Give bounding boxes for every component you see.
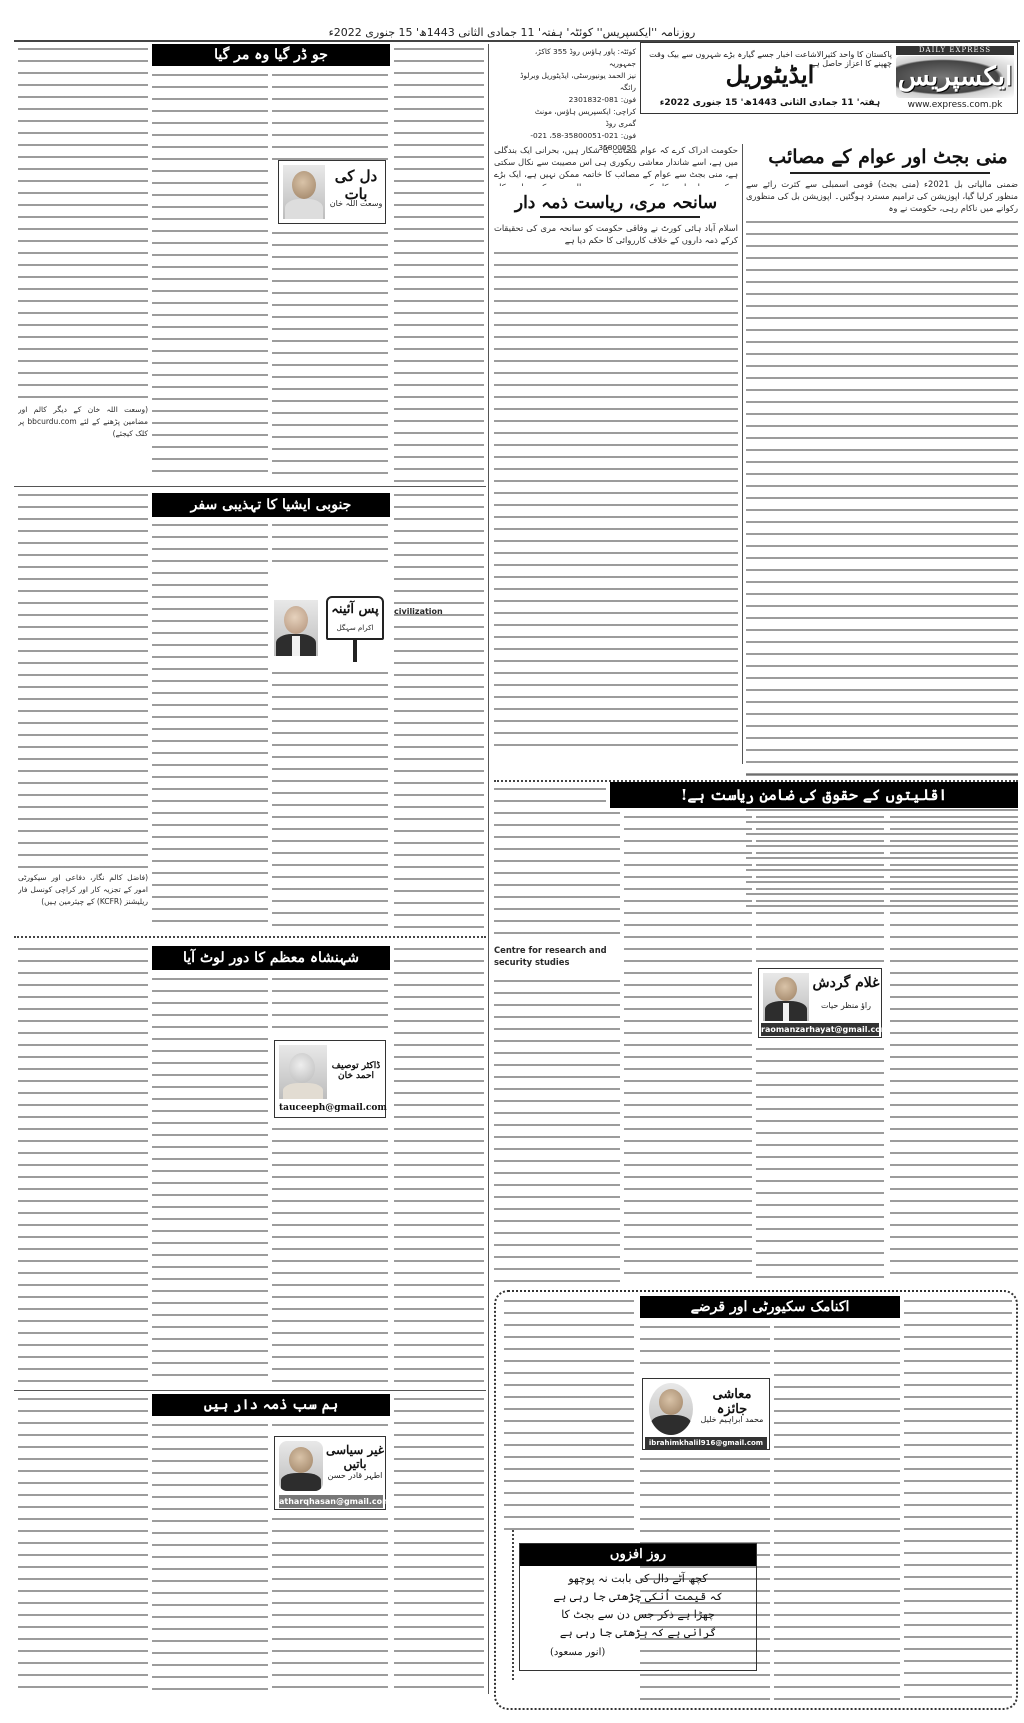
- poetry-box: روز افزوں کچھ آٹے دال کی بابت نہ پوچھو ک…: [519, 1543, 757, 1671]
- section-divider: [14, 486, 486, 487]
- article-5-col-2: [774, 1322, 900, 1702]
- editorial-2-text-lines: [494, 248, 738, 748]
- editorial-1-underline: [790, 172, 990, 174]
- express-logo: DAILY EXPRESS ایکسپریس www.express.com.p…: [896, 46, 1014, 110]
- columnist-photo: [649, 1383, 693, 1435]
- author-email[interactable]: atharqhasan@gmail.com: [279, 1495, 383, 1508]
- article-1-col-2-top: [272, 70, 388, 160]
- columnist-box-dil-ki-baat: دل کی بات وسعت اللہ خان: [278, 160, 386, 224]
- columnist-photo: [283, 165, 325, 219]
- keyword-crss: Centre for research and security studies: [494, 944, 620, 974]
- photo-shirt: [783, 1003, 789, 1021]
- article-3-col-left-top: [494, 784, 606, 804]
- photo-head: [289, 1447, 313, 1473]
- article-6-col-3: [152, 1420, 268, 1694]
- article-1-footer: (وسعت اللہ خان کے دیگر کالم اور مضامین پ…: [18, 404, 148, 440]
- article-5-col-left: [504, 1296, 634, 1536]
- editorial-2-headline: سانحہ مری، ریاست ذمہ دار: [494, 192, 738, 213]
- keyword-civilization: civilization: [394, 606, 484, 620]
- column-name: معاشی جائزہ: [697, 1387, 767, 1417]
- section-title: ایڈیٹوریل: [648, 60, 892, 89]
- columnist-photo: [279, 1045, 327, 1099]
- column-name: دل کی بات: [329, 167, 383, 203]
- poetry-line: کچھ آٹے دال کی بابت نہ پوچھو: [540, 1572, 736, 1585]
- article-1-headline: جو ڈر گیا وہ مر گیا: [152, 44, 390, 66]
- article-4-col-2-top: [272, 974, 388, 1034]
- poetry-title: روز افزوں: [520, 1544, 756, 1566]
- editorial-2-body: اسلام آباد ہائی کورٹ نے وفاقی حکومت کو س…: [494, 222, 738, 762]
- article-4-col-2-bottom: [272, 1124, 388, 1384]
- article-2-headline: جنوبی ایشیا کا تہذیبی سفر: [152, 493, 390, 517]
- photo-head: [284, 606, 308, 634]
- column-name: غیر سیاسی باتیں: [325, 1443, 385, 1471]
- section-divider-dotted: [14, 936, 486, 938]
- contact-line: کراچی: ایکسپریس ہاؤس، مونٹ گمری روڈ: [520, 106, 636, 130]
- folio-line: روزنامہ ''ایکسپریس'' کوئٹہ' ہفتہ' 11 جما…: [0, 26, 1024, 39]
- article-1-col-3: [152, 70, 268, 480]
- article-3-col-left: [494, 808, 620, 938]
- sign-board: پس آئینہ اکرام سہگل: [326, 596, 384, 640]
- photo-head: [289, 1053, 315, 1083]
- columnist-photo: [763, 973, 809, 1021]
- author-email[interactable]: raomanzarhayat@gmail.com: [761, 1023, 879, 1036]
- article-4-col-left: [18, 944, 148, 1384]
- columnist-photo: [279, 1441, 323, 1491]
- editorial-2-lead: اسلام آباد ہائی کورٹ نے وفاقی حکومت کو س…: [494, 222, 738, 246]
- column-name: پس آئینہ: [328, 602, 382, 617]
- logo-tag: DAILY EXPRESS: [896, 46, 1014, 55]
- editorial-1-headline: منی بجٹ اور عوام کے مصائب: [760, 146, 1016, 168]
- article-3-col-left-bottom: [494, 976, 620, 1282]
- section-divider: [14, 1390, 486, 1391]
- editorial-2-underline: [540, 216, 700, 218]
- article-6-col-2-top: [272, 1420, 388, 1434]
- page-center-divider: [488, 44, 489, 1694]
- column-author: وسعت اللہ خان: [329, 199, 383, 208]
- columnist-box-pas-e-aaina: پس آئینہ اکرام سہگل: [274, 596, 386, 664]
- editorial-intro: حکومت ادراک کرے کہ عوام مصائب کا شکار ہی…: [494, 144, 738, 186]
- website-url: www.express.com.pk: [896, 100, 1014, 110]
- box-divider: [512, 1530, 514, 1680]
- sign-post: [353, 640, 357, 662]
- article-2-col-2-top: [272, 520, 388, 570]
- photo-body: [285, 199, 323, 219]
- column-author: محمد ابراہیم خلیل: [697, 1415, 767, 1424]
- article-2-col-right: [394, 490, 484, 930]
- article-5-col-3-top: [640, 1322, 770, 1374]
- article-2-col-3: [152, 520, 268, 930]
- columnist-photo: [274, 600, 318, 656]
- article-3-headline: اقلیتوں کے حقوق کی ضامن ریاست ہے!: [610, 782, 1018, 808]
- photo-head: [659, 1389, 683, 1415]
- author-email[interactable]: ibrahimkhalil916@gmail.com: [645, 1437, 767, 1449]
- photo-suit: [651, 1415, 691, 1435]
- article-4-headline: شہنشاہ معظم کا دور لوٹ آیا: [152, 946, 390, 970]
- article-6-headline: ہم سب ذمہ دار ہیں: [152, 1394, 390, 1416]
- author-email[interactable]: tauceeph@gmail.com: [279, 1101, 381, 1115]
- article-3-col-2-bottom: [756, 1044, 884, 1282]
- contact-info: کوئٹہ: پاور ہاؤس روڈ 355 کاکڑ، جمہوریہ ن…: [520, 46, 636, 154]
- contact-line: نیز الحمد یونیورسٹی، ایڈیٹوریل وبرلوڈ را…: [520, 70, 636, 94]
- article-5-headline: اکنامک سکیورٹی اور قرضے: [640, 1296, 900, 1318]
- article-2-col-left: [18, 490, 148, 870]
- article-1-col-right: [394, 44, 484, 484]
- photo-head: [775, 977, 797, 1001]
- article-6-col-2-bottom: [272, 1514, 388, 1694]
- contact-line: فون: 081-2301832: [520, 94, 636, 106]
- column-author: اطہر قادر حسن: [325, 1471, 385, 1480]
- article-5-col-right: [904, 1296, 1012, 1704]
- logo-art: ایکسپریس: [896, 56, 1014, 98]
- article-3-col-2-top: [756, 812, 884, 962]
- article-4-col-3: [152, 974, 268, 1384]
- photo-suit: [281, 1473, 321, 1491]
- article-2-footer: (فاضل کالم نگار، دفاعی اور سیکورٹی امور …: [18, 872, 148, 932]
- column-author: راؤ منظر حیات: [811, 1001, 881, 1010]
- poetry-line: کہ قیمت اُنکی چڑھتی جا رہی ہے: [540, 1590, 736, 1603]
- article-3-col-3: [624, 812, 752, 1282]
- editorial-1-lead: ضمنی مالیاتی بل 2021ء (منی بجٹ) قومی اسم…: [746, 178, 1018, 215]
- article-2-col-2-bottom: [272, 668, 388, 930]
- column-divider: [742, 144, 743, 764]
- photo-shirt: [283, 1083, 323, 1099]
- photo-shirt: [292, 636, 300, 656]
- poetry-line: گرانی ہے کہ بڑھتی جا رہی ہے: [540, 1626, 736, 1639]
- column-author: ڈاکٹر توصیف احمد خان: [327, 1061, 385, 1081]
- article-1-col-2-bottom: [272, 228, 388, 480]
- column-name: غلام گردش: [811, 975, 881, 991]
- poetry-line: چھڑا ہے ذکر جس دن سے بجٹ کا: [540, 1608, 736, 1621]
- column-author: اکرام سہگل: [328, 624, 382, 632]
- contact-line: کوئٹہ: پاور ہاؤس روڈ 355 کاکڑ، جمہوریہ: [520, 46, 636, 70]
- masthead-date: ہفتہ' 11 جمادی الثانی 1443ھ' 15 جنوری 20…: [648, 98, 892, 108]
- article-3-col-right: [890, 812, 1018, 1282]
- article-6-col-right: [394, 1394, 484, 1694]
- poetry-credit: (انور مسعود): [550, 1647, 605, 1658]
- columnist-box-muashi-jaiza: معاشی جائزہ محمد ابراہیم خلیل ibrahimkha…: [642, 1378, 770, 1450]
- article-6-col-left: [18, 1394, 148, 1694]
- columnist-box-ghair-siyasi: غیر سیاسی باتیں اطہر قادر حسن atharqhasa…: [274, 1436, 386, 1510]
- article-4-col-right: [394, 944, 484, 1384]
- photo-head: [292, 171, 316, 199]
- article-1-col-left: [18, 44, 148, 404]
- columnist-box-tauceeph: ڈاکٹر توصیف احمد خان tauceeph@gmail.com: [274, 1040, 386, 1118]
- columnist-box-ghulam-gardish: غلام گردش راؤ منظر حیات raomanzarhayat@g…: [758, 968, 882, 1038]
